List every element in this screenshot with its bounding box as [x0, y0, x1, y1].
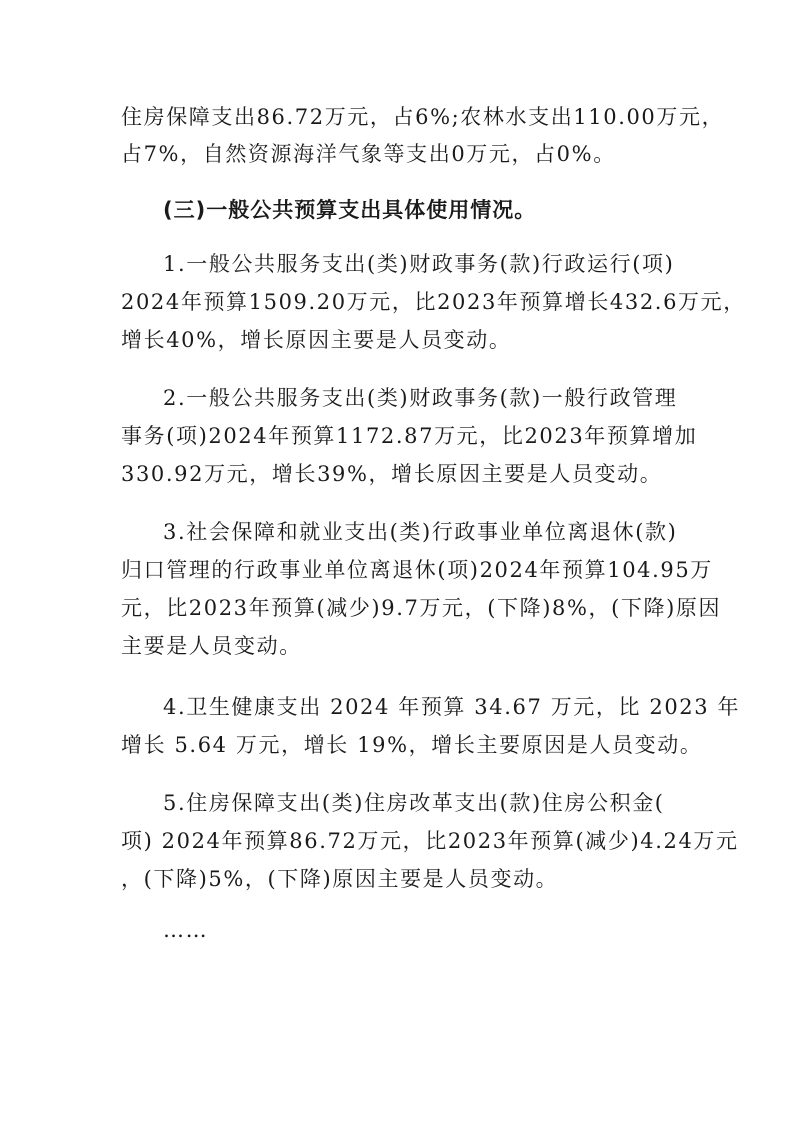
- item-3-line: 归口管理的行政事业单位离退休(项)2024年预算104.95万: [121, 551, 681, 589]
- item-2-line: 事务(项)2024年预算1172.87万元，比2023年预算增加: [121, 417, 681, 455]
- item-3-line: 主要是人员变动。: [121, 627, 681, 665]
- item-4-line: 增长 5.64 万元，增长 19%，增长主要原因是人员变动。: [121, 726, 681, 764]
- item-1-line: 增长40%，增长原因主要是人员变动。: [121, 321, 681, 359]
- paragraph-line: 占7%，自然资源海洋气象等支出0万元，占0%。: [121, 135, 681, 173]
- item-2-line: 2.一般公共服务支出(类)财政事务(款)一般行政管理: [163, 379, 723, 417]
- item-3-line: 3.社会保障和就业支出(类)行政事业单位离退休(款): [163, 513, 723, 551]
- item-1-line: 1.一般公共服务支出(类)财政事务(款)行政运行(项): [163, 245, 723, 283]
- item-2-line: 330.92万元，增长39%，增长原因主要是人员变动。: [121, 455, 681, 493]
- item-5-line: 项) 2024年预算86.72万元，比2023年预算(减少)4.24万元: [121, 822, 681, 860]
- item-5-line: 5.住房保障支出(类)住房改革支出(款)住房公积金(: [163, 784, 723, 822]
- item-5-line: ，(下降)5%，(下降)原因主要是人员变动。: [121, 860, 681, 898]
- section-heading: (三)一般公共预算支出具体使用情况。: [163, 191, 723, 229]
- ellipsis: ……: [163, 911, 723, 949]
- paragraph-line: 住房保障支出86.72万元，占6%;农林水支出110.00万元，: [121, 98, 681, 136]
- item-1-line: 2024年预算1509.20万元，比2023年预算增长432.6万元，: [121, 283, 681, 321]
- item-4-line: 4.卫生健康支出 2024 年预算 34.67 万元，比 2023 年: [163, 688, 723, 726]
- item-3-line: 元，比2023年预算(减少)9.7万元，(下降)8%，(下降)原因: [121, 589, 681, 627]
